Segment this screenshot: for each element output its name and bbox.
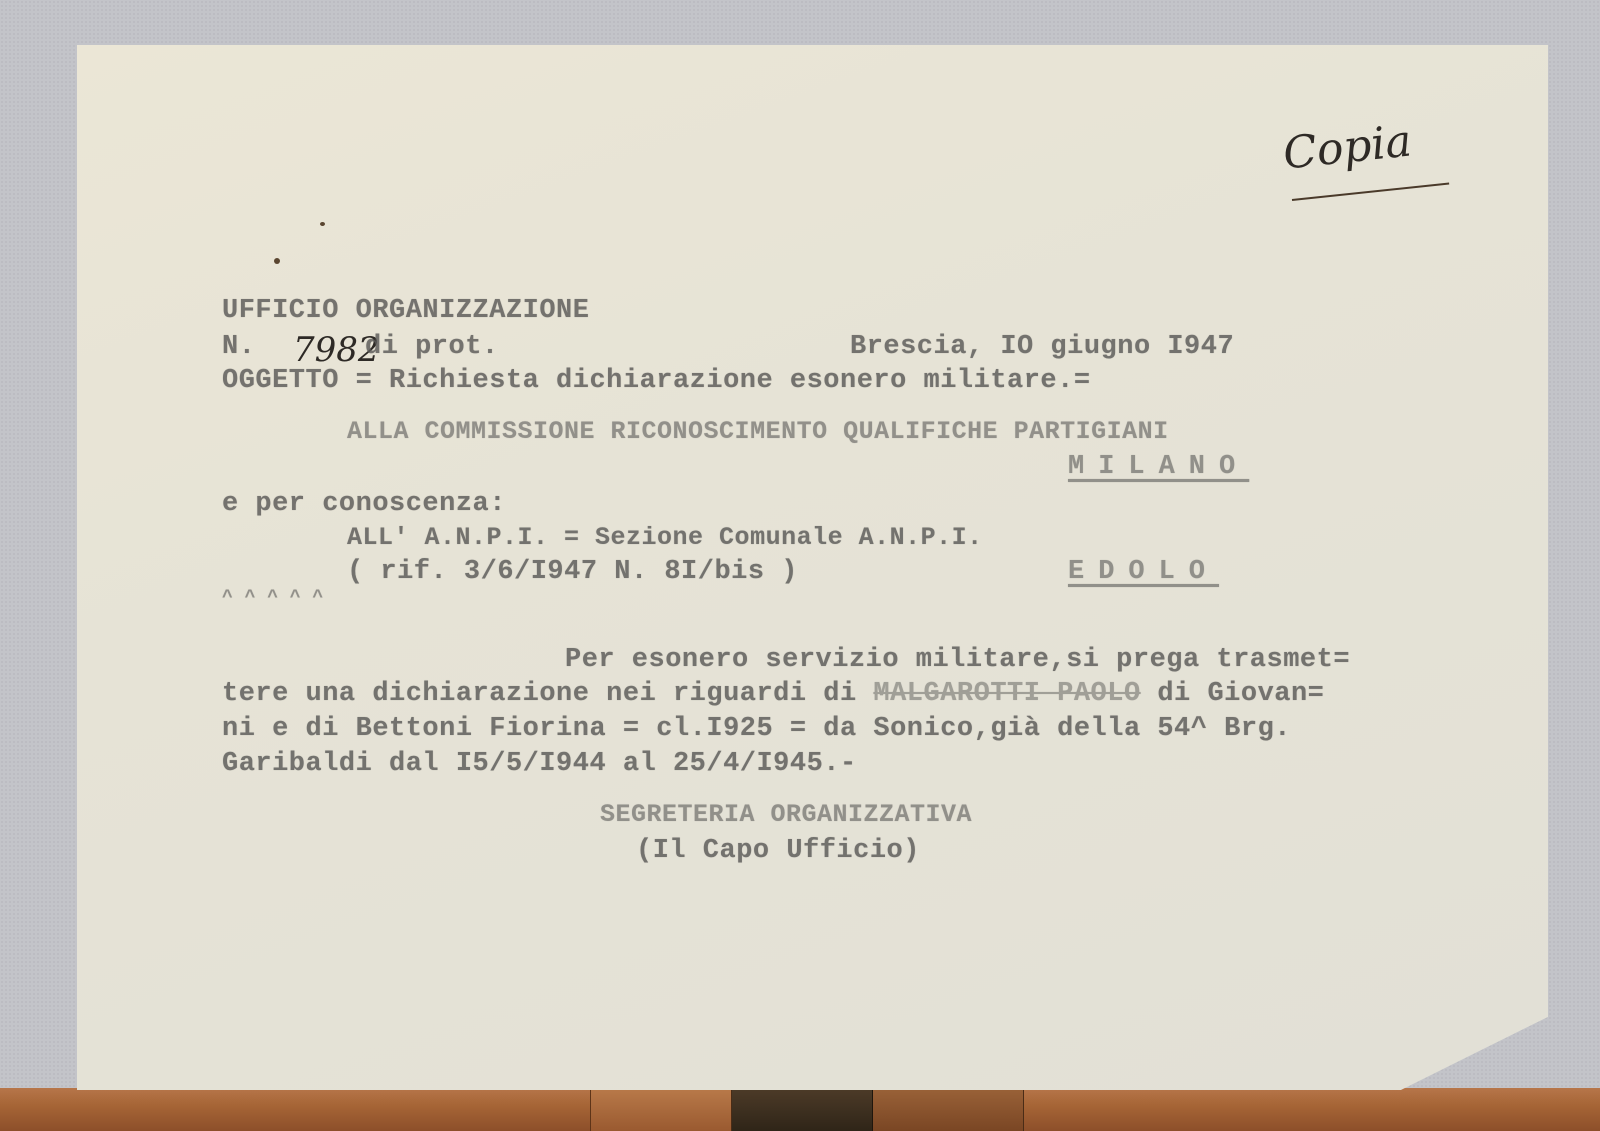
recipient-city: MILANO <box>1068 452 1249 482</box>
protocol-suffix: di prot. <box>365 332 499 362</box>
body-line-2: tere una dichiarazione nei riguardi di M… <box>222 679 1324 709</box>
body-line-1: Per esonero servizio militare,si prega t… <box>565 645 1350 675</box>
subject-line: OGGETTO = Richiesta dichiarazione esoner… <box>222 366 1091 396</box>
separator-marks: ^ ^ ^ ^ ^ <box>222 588 324 608</box>
shelf-panel <box>591 1088 732 1131</box>
office-heading: UFFICIO ORGANIZZAZIONE <box>222 296 589 326</box>
signature-office: SEGRETERIA ORGANIZZATIVA <box>600 800 972 829</box>
cc-anpi-line: ALL' A.N.P.I. = Sezione Comunale A.N.P.I… <box>347 523 983 552</box>
shelf-panel <box>1024 1088 1600 1131</box>
body-line-3: ni e di Bettoni Fiorina = cl.I925 = da S… <box>222 714 1291 744</box>
body-line-2-end: di Giovan= <box>1141 679 1325 709</box>
signature-title: (Il Capo Ufficio) <box>636 836 920 866</box>
cc-city: EDOLO <box>1068 557 1219 587</box>
shelf-panel <box>732 1088 873 1131</box>
place-date: Brescia, IO giugno I947 <box>850 332 1234 362</box>
body-line-2-start: tere una dichiarazione nei riguardi di <box>222 679 873 709</box>
paper-stain <box>274 258 280 264</box>
cc-reference-line: ( rif. 3/6/I947 N. 8I/bis ) <box>347 557 798 587</box>
wooden-shelf <box>0 1088 1600 1131</box>
protocol-prefix: N. <box>222 332 255 362</box>
cc-intro: e per conoscenza: <box>222 489 506 519</box>
recipient-line: ALLA COMMISSIONE RICONOSCIMENTO QUALIFIC… <box>347 417 1169 446</box>
shelf-panel <box>873 1088 1024 1131</box>
person-name: MALGAROTTI PAOLO <box>873 679 1140 709</box>
typed-letter-document <box>77 45 1548 1090</box>
shelf-panel <box>0 1088 591 1131</box>
body-line-4: Garibaldi dal I5/5/I944 al 25/4/I945.- <box>222 749 857 779</box>
paper-stain <box>320 222 325 226</box>
